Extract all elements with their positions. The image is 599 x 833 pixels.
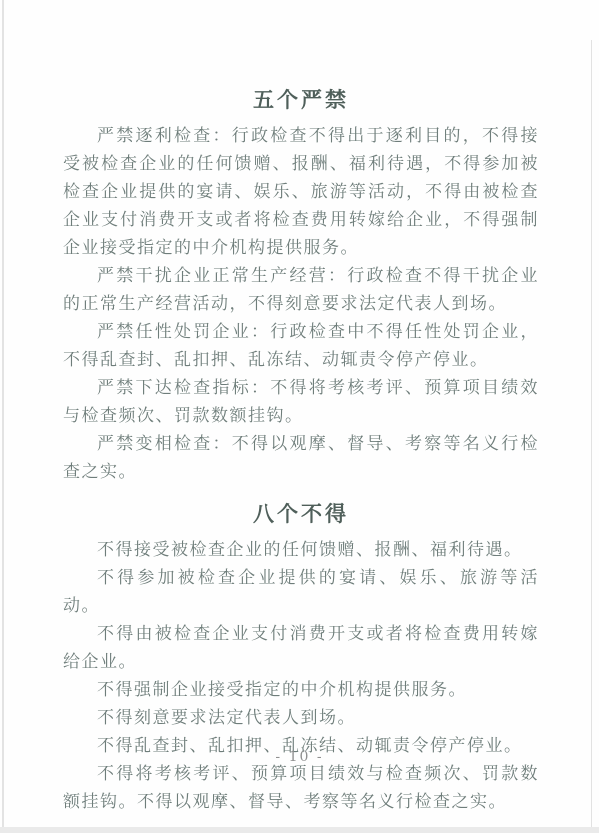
paragraph: 不得将考核考评、预算项目绩效与检查频次、罚款数额挂钩。不得以观摩、督导、考察等名… (63, 760, 539, 816)
paragraph: 严禁干扰企业正常生产经营：行政检查不得干扰企业的正常生产经营活动，不得刻意要求法… (63, 262, 539, 318)
paragraph: 不得参加被检查企业提供的宴请、娱乐、旅游等活动。 (63, 564, 539, 620)
paragraph: 严禁下达检查指标：不得将考核考评、预算项目绩效与检查频次、罚款数额挂钩。 (63, 374, 539, 430)
paragraph: 严禁变相检查：不得以观摩、督导、考察等名义行检查之实。 (63, 430, 539, 486)
document-section: 五个严禁严禁逐利检查：行政检查不得出于逐利目的，不得接受被检查企业的任何馈赠、报… (63, 84, 539, 486)
paragraph: 不得接受被检查企业的任何馈赠、报酬、福利待遇。 (63, 536, 539, 564)
paragraph: 不得由被检查企业支付消费开支或者将检查费用转嫁给企业。 (63, 620, 539, 676)
paragraph: 严禁任性处罚企业：行政检查中不得任性处罚企业，不得乱查封、乱扣押、乱冻结、动辄责… (63, 318, 539, 374)
scanned-document-page: 五个严禁严禁逐利检查：行政检查不得出于逐利目的，不得接受被检查企业的任何馈赠、报… (0, 0, 599, 833)
paragraph: 不得刻意要求法定代表人到场。 (63, 704, 539, 732)
document-body: 五个严禁严禁逐利检查：行政检查不得出于逐利目的，不得接受被检查企业的任何馈赠、报… (0, 0, 599, 816)
section-heading: 五个严禁 (63, 84, 539, 114)
section-heading: 八个不得 (63, 498, 539, 528)
scan-edge-bottom (0, 827, 599, 833)
scan-edge-left (2, 0, 4, 833)
scan-edge-right (591, 40, 592, 833)
document-section: 八个不得不得接受被检查企业的任何馈赠、报酬、福利待遇。不得参加被检查企业提供的宴… (63, 498, 539, 816)
page-number: - 10 - (0, 749, 599, 765)
paragraph: 不得强制企业接受指定的中介机构提供服务。 (63, 676, 539, 704)
paragraph: 严禁逐利检查：行政检查不得出于逐利目的，不得接受被检查企业的任何馈赠、报酬、福利… (63, 122, 539, 262)
